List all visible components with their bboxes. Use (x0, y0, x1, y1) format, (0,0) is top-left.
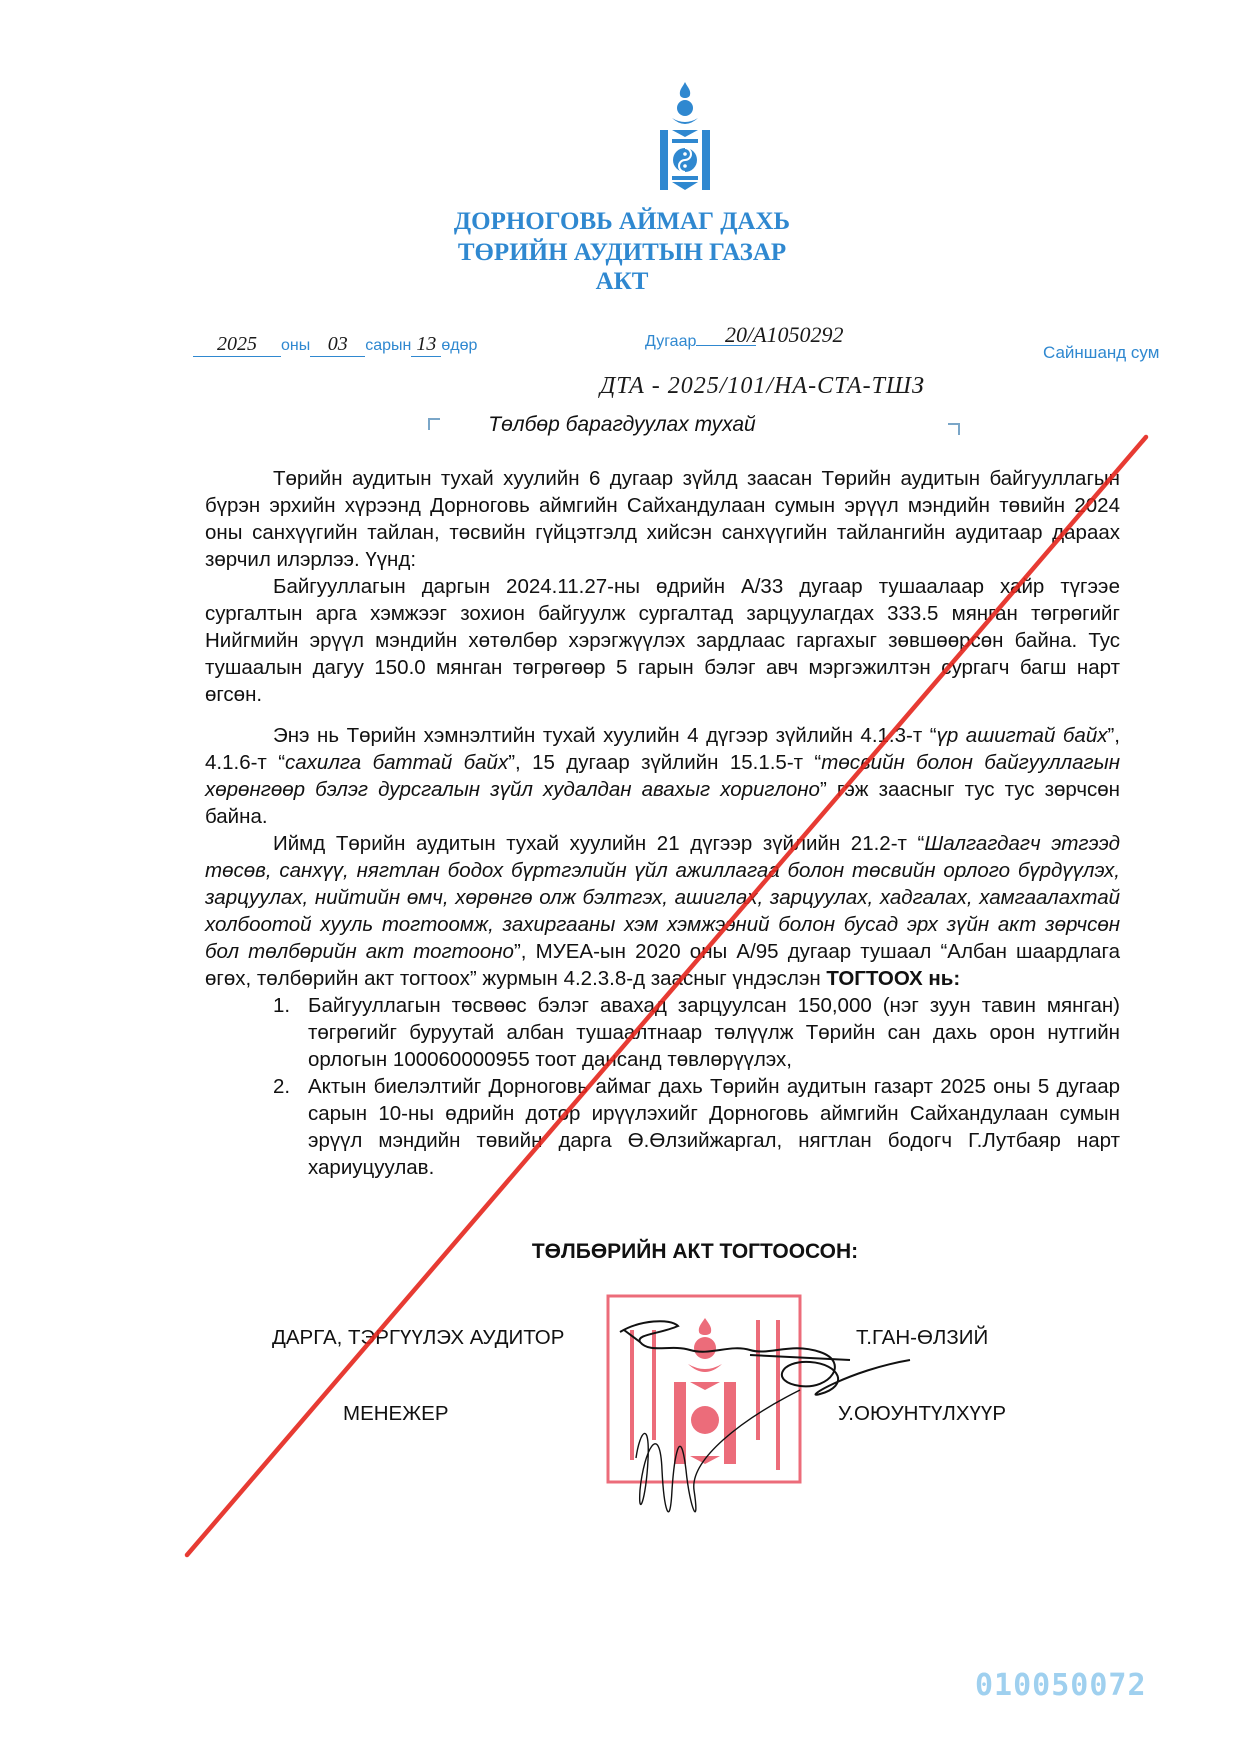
date-year: 2025 (193, 333, 281, 357)
day-label: өдөр (441, 337, 477, 354)
organization-name-line1: ДОРНОГОВЬ АЙМАГ ДАХЬ (0, 207, 1244, 236)
resolution-list: 1.Байгууллагын төсвөөс бэлэг авахад зарц… (205, 992, 1120, 1181)
signer-role: ДАРГА, ТЭРГҮҮЛЭХ АУДИТОР (272, 1326, 564, 1350)
date-day: 13 (411, 333, 441, 357)
resolution-item: 2.Актын биелэлтийг Дорноговь аймаг дахь … (205, 1073, 1120, 1181)
reference-code: ДТА - 2025/101/НА-СТА-ТШЗ (600, 373, 925, 400)
signer-role: МЕНЕЖЕР (343, 1402, 449, 1426)
number-value: 20/А1050292 (725, 322, 844, 348)
number-label: Дугаар (645, 333, 696, 350)
date-line: 2025оны03сарын13өдөр (193, 333, 477, 357)
signatures-title: ТӨЛБӨРИЙН АКТ ТОГТООСОН: (0, 1240, 1244, 1264)
month-label: сарын (365, 337, 411, 354)
date-month: 03 (310, 333, 365, 357)
document-type: АКТ (0, 267, 1244, 296)
subject-title: Төлбөр барагдуулах тухай (0, 413, 1244, 437)
organization-name-line2: ТӨРИЙН АУДИТЫН ГАЗАР (0, 238, 1244, 267)
paragraph-findings: Төрийн аудитын тухай хуулийн 6 дугаар зү… (205, 465, 1120, 573)
serial-number: 010050072 (975, 1668, 1147, 1703)
document-body: Төрийн аудитын тухай хуулийн 6 дугаар зү… (205, 465, 1120, 1181)
location: Сайншанд сум (1043, 343, 1159, 363)
paragraph-resolution-basis: Иймд Төрийн аудитын тухай хуулийн 21 дүг… (205, 830, 1120, 992)
handwritten-signature-icon (600, 1290, 920, 1540)
resolution-item: 1.Байгууллагын төсвөөс бэлэг авахад зарц… (205, 992, 1120, 1073)
soyombo-emblem-icon (655, 80, 715, 192)
paragraph-law-reference: Энэ нь Төрийн хэмнэлтийн тухай хуулийн 4… (205, 722, 1120, 830)
paragraph-violation-detail: Байгууллагын даргын 2024.11.27-ны өдрийн… (205, 573, 1120, 708)
year-label: оны (281, 337, 310, 354)
subject-bracket-right (948, 423, 960, 435)
